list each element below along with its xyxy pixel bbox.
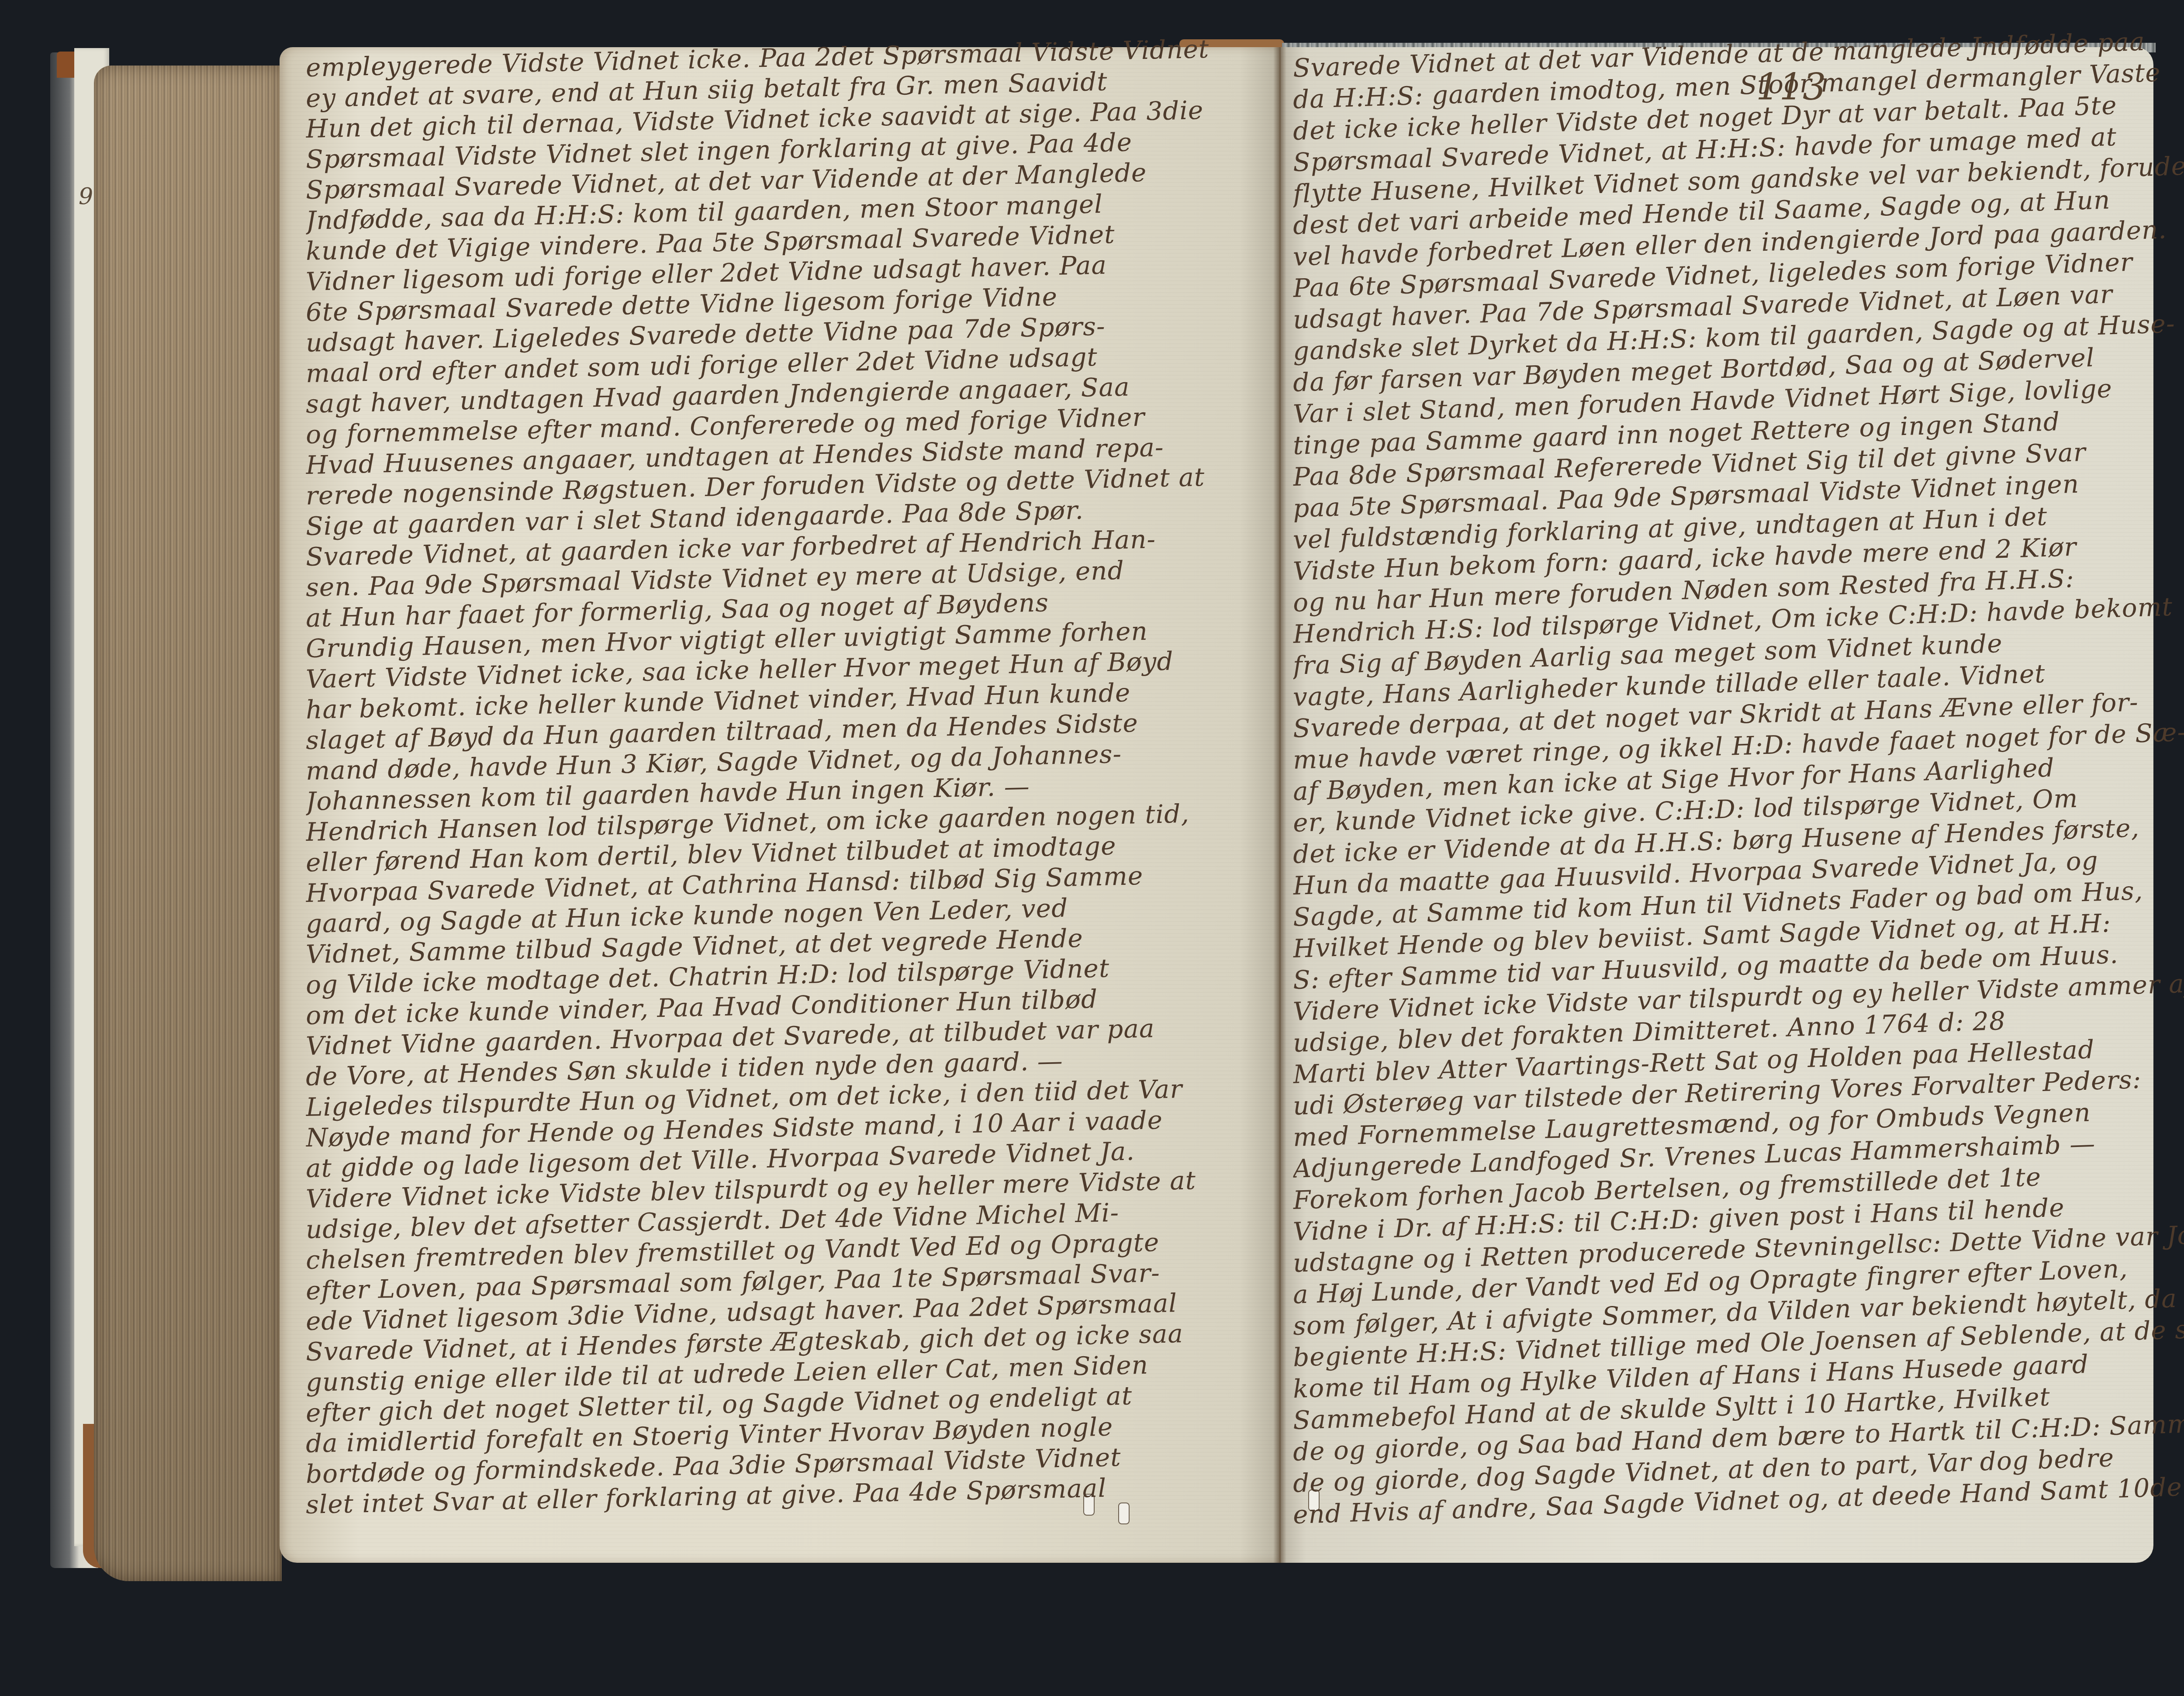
left-page-handwriting: empleygerede Vidste Vidnet icke. Paa 2de… xyxy=(306,52,1267,1520)
left-margin-mark: 9 xyxy=(79,183,93,210)
left-page-stack-edge xyxy=(94,66,282,1581)
binding-thread xyxy=(1279,47,1281,1563)
right-page-handwriting: Svarede Vidnet at det var Vidende at de … xyxy=(1293,52,2184,1530)
open-bound-manuscript: 9 113 empleygerede Vidste Vidnet icke. P… xyxy=(0,0,2184,1696)
